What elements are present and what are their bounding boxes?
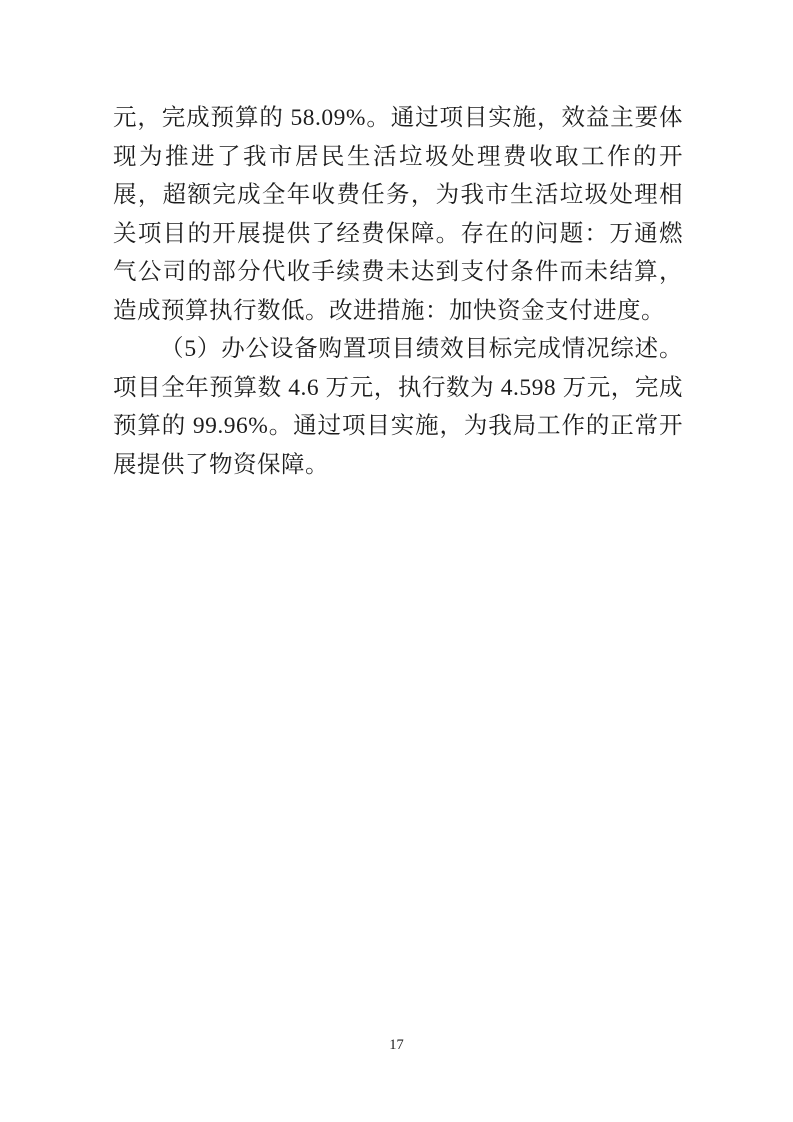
- page-number: 17: [0, 1037, 793, 1054]
- page-body: 元，完成预算的 58.09%。通过项目实施，效益主要体现为推进了我市居民生活垃圾…: [113, 99, 683, 484]
- document-page: 元，完成预算的 58.09%。通过项目实施，效益主要体现为推进了我市居民生活垃圾…: [0, 0, 793, 1122]
- body-paragraph-item-5: （5）办公设备购置项目绩效目标完成情况综述。项目全年预算数 4.6 万元，执行数…: [113, 330, 683, 484]
- body-paragraph-continuation: 元，完成预算的 58.09%。通过项目实施，效益主要体现为推进了我市居民生活垃圾…: [113, 99, 683, 330]
